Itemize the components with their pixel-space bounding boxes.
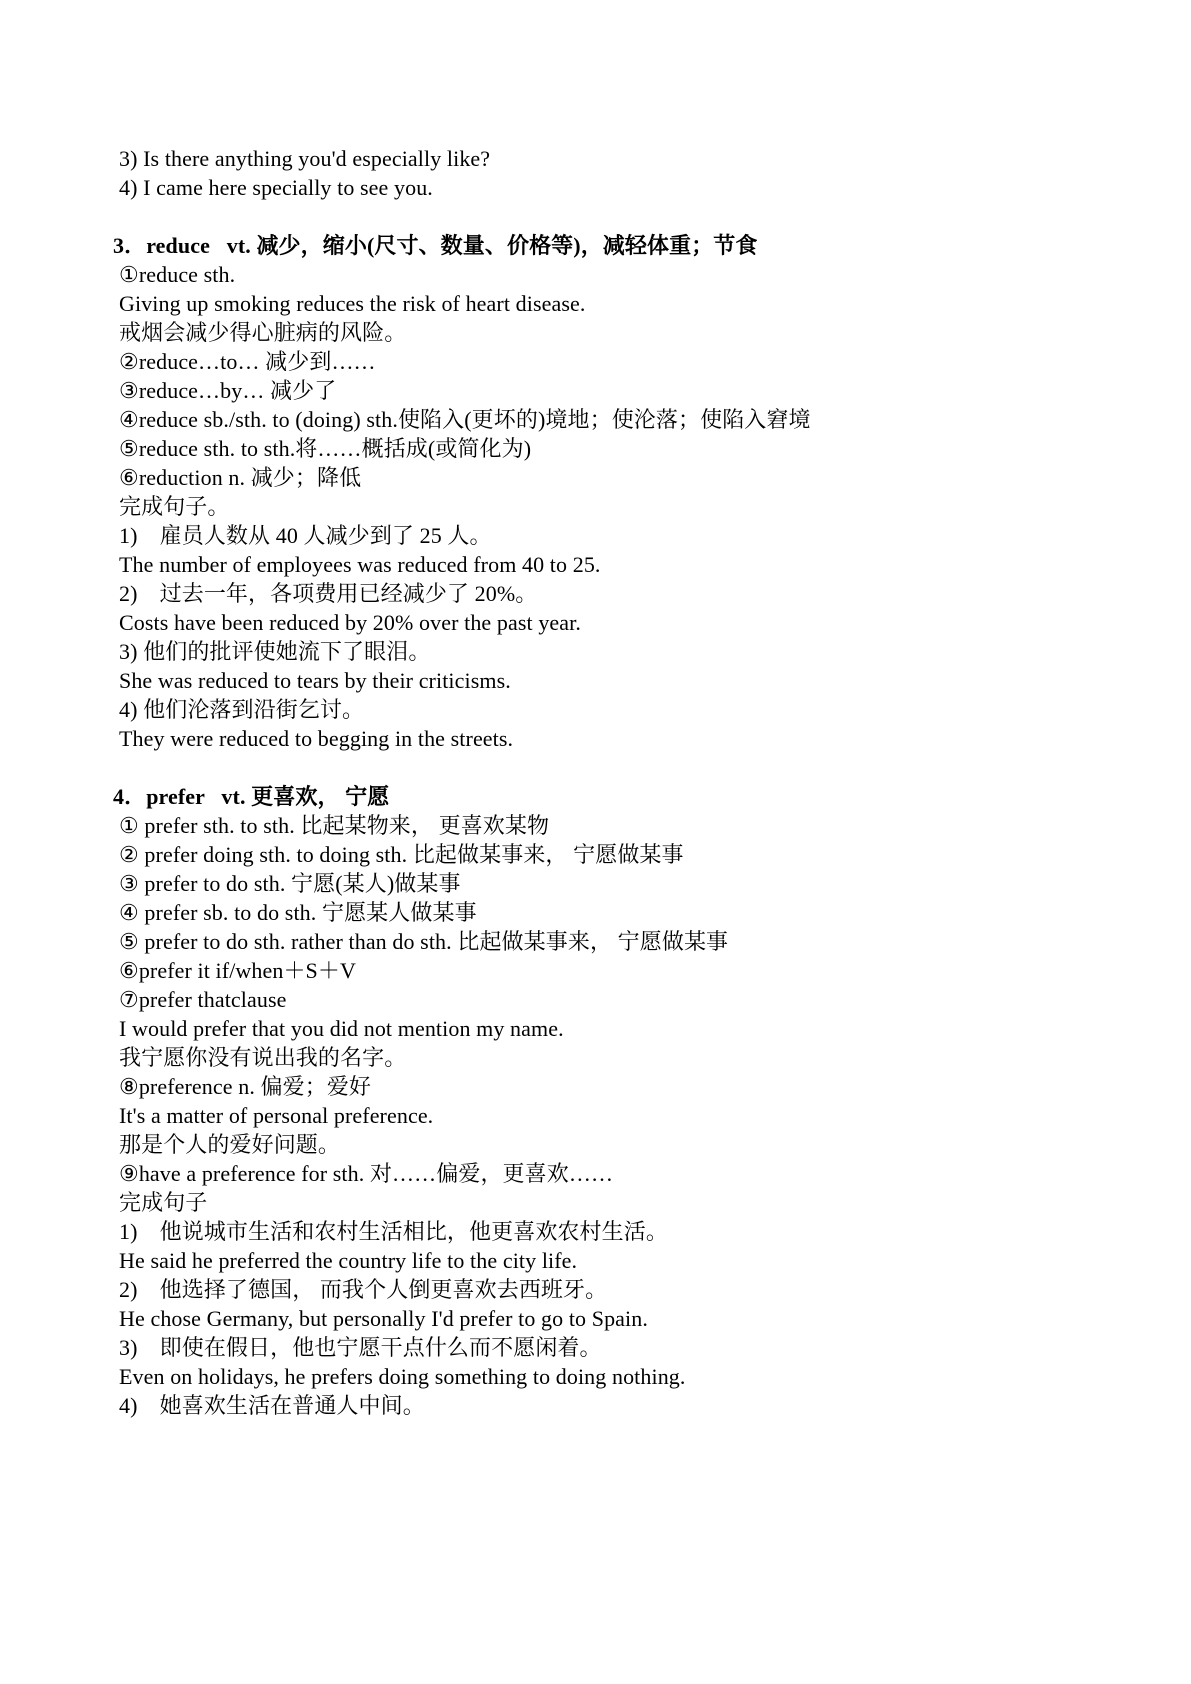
document-line: ⑤ prefer to do sth. rather than do sth. … [113,927,1101,956]
document-line: ⑧preference n. 偏爱；爱好 [113,1072,1101,1101]
document-line: 戒烟会减少得心脏病的风险。 [113,318,1101,347]
document-line: ⑥prefer it if/when＋S＋V [113,956,1101,985]
document-line: Even on holidays, he prefers doing somet… [113,1362,1101,1391]
document-line: 2) 他选择了德国， 而我个人倒更喜欢去西班牙。 [113,1275,1101,1304]
document-line: 1) 他说城市生活和农村生活相比，他更喜欢农村生活。 [113,1217,1101,1246]
document-line: ②reduce…to… 减少到…… [113,347,1101,376]
document-line: 1) 雇员人数从 40 人减少到了 25 人。 [113,521,1101,550]
document-line: She was reduced to tears by their critic… [113,666,1101,695]
document-line: I would prefer that you did not mention … [113,1014,1101,1043]
document-line: ⑨have a preference for sth. 对……偏爱，更喜欢…… [113,1159,1101,1188]
document-line: ① prefer sth. to sth. 比起某物来， 更喜欢某物 [113,811,1101,840]
document-line: ④reduce sb./sth. to (doing) sth.使陷入(更坏的)… [113,405,1101,434]
document-line: It's a matter of personal preference. [113,1101,1101,1130]
document-line: ③reduce…by… 减少了 [113,376,1101,405]
document-line: ⑤reduce sth. to sth.将……概括成(或简化为) [113,434,1101,463]
document-line: They were reduced to begging in the stre… [113,724,1101,753]
document-line: ⑦prefer thatclause [113,985,1101,1014]
document-line: 4) I came here specially to see you. [113,173,1101,202]
document-line: 3) 他们的批评使她流下了眼泪。 [113,637,1101,666]
document-line: ② prefer doing sth. to doing sth. 比起做某事来… [113,840,1101,869]
document-line: 4) 她喜欢生活在普通人中间。 [113,1391,1101,1420]
document-line: He chose Germany, but personally I'd pre… [113,1304,1101,1333]
document-line: 完成句子。 [113,492,1101,521]
document-line: ④ prefer sb. to do sth. 宁愿某人做某事 [113,898,1101,927]
document-line: ⑥reduction n. 减少；降低 [113,463,1101,492]
document-line: 3) Is there anything you'd especially li… [113,144,1101,173]
document-line: ①reduce sth. [113,260,1101,289]
document-line: 那是个人的爱好问题。 [113,1130,1101,1159]
document-line: Costs have been reduced by 20% over the … [113,608,1101,637]
document-line: He said he preferred the country life to… [113,1246,1101,1275]
document-line: 4) 他们沦落到沿街乞讨。 [113,695,1101,724]
document-line: 我宁愿你没有说出我的名字。 [113,1043,1101,1072]
document-line: 完成句子 [113,1188,1101,1217]
section-heading: 3．reduce vt. 减少，缩小(尺寸、数量、价格等)，减轻体重；节食 [113,231,1101,260]
section-heading: 4．prefer vt. 更喜欢， 宁愿 [113,782,1101,811]
document-page: 3) Is there anything you'd especially li… [0,0,1191,1684]
blank-line [113,753,1101,782]
document-line: ③ prefer to do sth. 宁愿(某人)做某事 [113,869,1101,898]
document-content: 3) Is there anything you'd especially li… [113,144,1101,1420]
blank-line [113,202,1101,231]
document-line: Giving up smoking reduces the risk of he… [113,289,1101,318]
document-line: 2) 过去一年，各项费用已经减少了 20%。 [113,579,1101,608]
document-line: The number of employees was reduced from… [113,550,1101,579]
document-line: 3) 即使在假日，他也宁愿干点什么而不愿闲着。 [113,1333,1101,1362]
